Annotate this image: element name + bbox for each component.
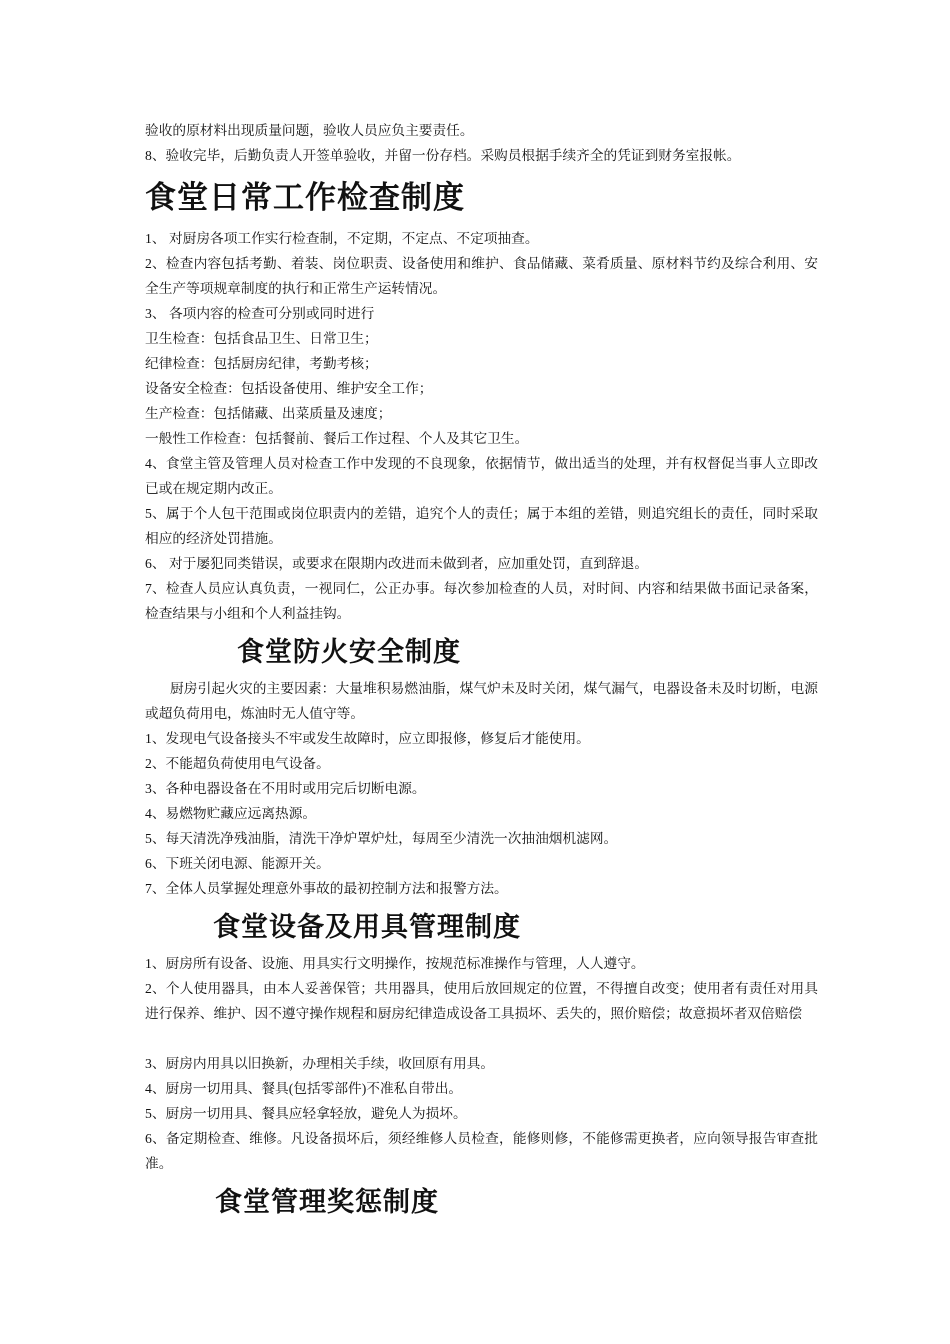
paragraph: 验收的原材料出现质量问题，验收人员应负主要责任。 (145, 118, 818, 143)
paragraph: 4、易燃物贮藏应远离热源。 (145, 801, 818, 826)
paragraph: 2、不能超负荷使用电气设备。 (145, 751, 818, 776)
paragraph: 生产检查：包括储藏、出菜质量及速度； (145, 401, 818, 426)
document-content: 验收的原材料出现质量问题，验收人员应负主要责任。8、验收完毕，后勤负责人开签单验… (145, 118, 818, 1220)
paragraph: 1、 对厨房各项工作实行检查制，不定期，不定点、不定项抽查。 (145, 226, 818, 251)
section-heading: 食堂设备及用具管理制度 (145, 909, 818, 945)
paragraph: 纪律检查：包括厨房纪律，考勤考核； (145, 351, 818, 376)
paragraph: 2、个人使用器具，由本人妥善保管；共用器具，使用后放回规定的位置，不得擅自改变；… (145, 976, 818, 1026)
paragraph: 2、检查内容包括考勤、着装、岗位职责、设备使用和维护、食品储藏、菜肴质量、原材料… (145, 251, 818, 301)
paragraph: 1、发现电气设备接头不牢或发生故障时，应立即报修，修复后才能使用。 (145, 726, 818, 751)
blank-line (145, 1026, 818, 1051)
paragraph: 6、备定期检查、维修。凡设备损坏后，须经维修人员检查，能修则修，不能修需更换者，… (145, 1126, 818, 1176)
paragraph: 3、 各项内容的检查可分别或同时进行 (145, 301, 818, 326)
section-heading-large: 食堂日常工作检查制度 (145, 178, 818, 218)
paragraph: 7、全体人员掌握处理意外事故的最初控制方法和报警方法。 (145, 876, 818, 901)
section-heading: 食堂防火安全制度 (145, 634, 818, 670)
paragraph: 设备安全检查：包括设备使用、维护安全工作； (145, 376, 818, 401)
paragraph: 3、厨房内用具以旧换新，办理相关手续，收回原有用具。 (145, 1051, 818, 1076)
paragraph: 8、验收完毕，后勤负责人开签单验收，并留一份存档。采购员根据手续齐全的凭证到财务… (145, 143, 818, 168)
paragraph: 4、厨房一切用具、餐具(包括零部件)不准私自带出。 (145, 1076, 818, 1101)
paragraph: 6、下班关闭电源、能源开关。 (145, 851, 818, 876)
document-page: 验收的原材料出现质量问题，验收人员应负主要责任。8、验收完毕，后勤负责人开签单验… (0, 0, 950, 1344)
paragraph: 6、 对于屡犯同类错误，或要求在限期内改进而未做到者，应加重处罚，直到辞退。 (145, 551, 818, 576)
paragraph: 1、厨房所有设备、设施、用具实行文明操作，按规范标准操作与管理，人人遵守。 (145, 951, 818, 976)
paragraph: 厨房引起火灾的主要因素：大量堆积易燃油脂，煤气炉未及时关闭，煤气漏气，电器设备未… (145, 676, 818, 726)
paragraph: 一般性工作检查：包括餐前、餐后工作过程、个人及其它卫生。 (145, 426, 818, 451)
paragraph: 卫生检查：包括食品卫生、日常卫生； (145, 326, 818, 351)
paragraph: 5、每天清洗净残油脂，清洗干净炉罩炉灶，每周至少清洗一次抽油烟机滤网。 (145, 826, 818, 851)
paragraph: 7、检查人员应认真负责，一视同仁，公正办事。每次参加检查的人员，对时间、内容和结… (145, 576, 818, 626)
paragraph: 4、食堂主管及管理人员对检查工作中发现的不良现象，依据情节，做出适当的处理，并有… (145, 451, 818, 501)
paragraph: 5、属于个人包干范围或岗位职责内的差错，追究个人的责任；属于本组的差错，则追究组… (145, 501, 818, 551)
section-heading: 食堂管理奖惩制度 (145, 1184, 818, 1220)
paragraph: 3、各种电器设备在不用时或用完后切断电源。 (145, 776, 818, 801)
paragraph: 5、厨房一切用具、餐具应轻拿轻放，避免人为损坏。 (145, 1101, 818, 1126)
